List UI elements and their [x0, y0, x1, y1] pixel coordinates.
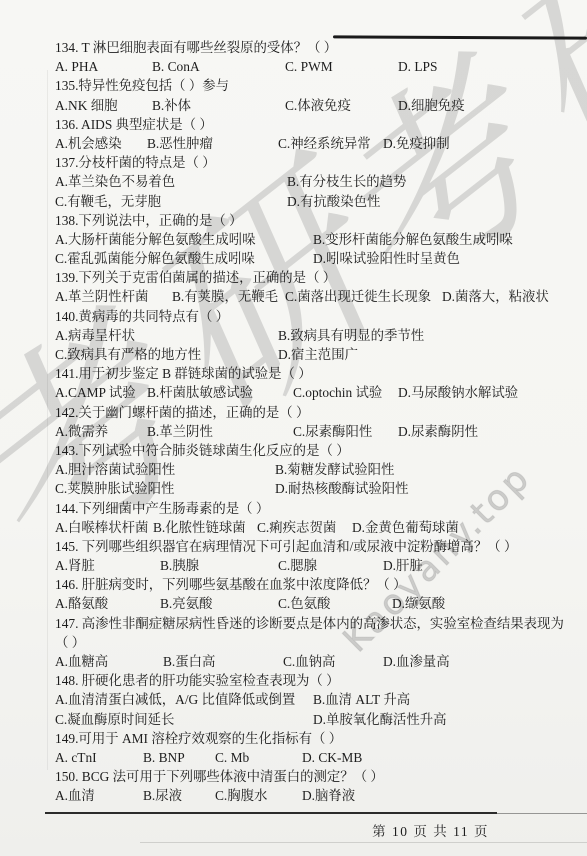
option-label: C.胸腹水 — [215, 786, 267, 805]
option-label: B.革兰阴性 — [147, 422, 213, 441]
footer-divider — [45, 812, 497, 814]
option-label: C. PWM — [285, 57, 333, 76]
option-label: A.机会感染 — [55, 134, 122, 153]
scan-crease-line — [47, 70, 48, 770]
footer-divider-extension — [497, 813, 587, 814]
option-label: B.补体 — [152, 96, 191, 115]
option-label: C.腮腺 — [278, 556, 317, 575]
option-label: D.血渗量高 — [383, 652, 450, 671]
option-label: B.变形杆菌能分解色氨酸生成吲哚 — [313, 230, 513, 249]
option-label: B.恶性肿瘤 — [147, 134, 213, 153]
option-label: C.optochin 试验 — [293, 383, 382, 402]
question-text: 142.关于幽门螺杆菌的描述，正确的是（ ） — [55, 403, 575, 422]
option-line: A.胆汁溶菌试验阳性B.菊糖发酵试验阳性 — [55, 460, 575, 479]
question-text: 135.特异性免疫包括（ ）参与 — [55, 76, 575, 95]
option-label: A.血清 — [55, 786, 95, 805]
option-label: C.色氨酸 — [278, 594, 330, 613]
option-label: A.白喉棒状杆菌 — [55, 518, 148, 537]
scanned-exam-page: 考研 考研 Kaoyany.top 134. T 淋巴细胞表面有哪些丝裂原的受体… — [0, 0, 587, 856]
option-label: D.耐热核酸酶试验阳性 — [275, 479, 409, 498]
option-line: A. PHAB. ConAC. PWMD. LPS — [55, 57, 575, 76]
question-list: 134. T 淋巴细胞表面有哪些丝裂原的受体？（ ）A. PHAB. ConAC… — [55, 38, 575, 806]
option-label: D.有抗酸染色性 — [287, 192, 380, 211]
option-label: D.肝脏 — [383, 556, 423, 575]
option-label: A.革兰阴性杆菌 — [55, 287, 148, 306]
option-label: B.有荚膜，无鞭毛 — [172, 287, 278, 306]
question-text: 150. BCG 法可用于下列哪些体液中清蛋白的测定？（ ） — [55, 767, 575, 786]
question-text: 148. 肝硬化患者的肝功能实验室检查表现为（ ） — [55, 671, 575, 690]
option-label: A.胆汁溶菌试验阳性 — [55, 460, 175, 479]
option-line: C.荚膜肿胀试验阳性D.耐热核酸酶试验阳性 — [55, 479, 575, 498]
question-text: 149.可用于 AMI 溶栓疗效观察的生化指标有（ ） — [55, 729, 575, 748]
option-label: D.缬氨酸 — [392, 594, 445, 613]
option-label: A.血清清蛋白减低，A/G 比值降低或倒置 — [55, 690, 295, 709]
option-line: C.有鞭毛，无芽胞D.有抗酸染色性 — [55, 192, 575, 211]
question-text: 137.分枝杆菌的特点是（ ） — [55, 153, 575, 172]
option-line: A.革兰染色不易着色B.有分枝生长的趋势 — [55, 172, 575, 191]
option-label: A.酪氨酸 — [55, 594, 108, 613]
option-label: B.杆菌肽敏感试验 — [147, 383, 253, 402]
question-text: 145. 下列哪些组织器官在病理情况下可引起血清和/或尿液中淀粉酶增高？（ ） — [55, 537, 575, 556]
option-label: B.胰腺 — [160, 556, 199, 575]
option-label: D.尿素酶阴性 — [398, 422, 478, 441]
page-number: 第 10 页 共 11 页 — [372, 820, 489, 840]
option-line: A. cTnIB. BNPC. MbD. CK-MB — [55, 748, 575, 767]
option-label: D.脑脊液 — [302, 786, 355, 805]
question-text: 143.下列试验中符合肺炎链球菌生化反应的是（ ） — [55, 441, 575, 460]
option-label: A.NK 细胞 — [55, 96, 118, 115]
option-label: A.革兰染色不易着色 — [55, 172, 175, 191]
option-label: A.大肠杆菌能分解色氨酸生成吲哚 — [55, 230, 256, 249]
question-text: 134. T 淋巴细胞表面有哪些丝裂原的受体？（ ） — [55, 38, 575, 57]
option-label: D.宿主范围广 — [278, 345, 358, 364]
option-label: B.尿液 — [143, 786, 182, 805]
option-line: C.凝血酶原时间延长D.单胺氧化酶活性升高 — [55, 710, 575, 729]
option-label: B.血清 ALT 升高 — [313, 690, 410, 709]
option-line: A.白喉棒状杆菌B.化脓性链球菌C.痢疾志贺菌D.金黄色葡萄球菌 — [55, 518, 575, 537]
option-label: A.血糖高 — [55, 652, 108, 671]
option-label: C.血钠高 — [283, 652, 335, 671]
option-line: A.微需养B.革兰阴性C.尿素酶阳性D.尿素酶阴性 — [55, 422, 575, 441]
option-label: B.亮氨酸 — [160, 594, 212, 613]
option-label: D.吲哚试验阳性时呈黄色 — [313, 249, 460, 268]
option-label: C.有鞭毛，无芽胞 — [55, 192, 161, 211]
option-label: C.体液免疫 — [285, 96, 351, 115]
question-text: 141.用于初步鉴定 B 群链球菌的试验是（ ） — [55, 364, 575, 383]
option-line: A.血清B.尿液C.胸腹水D.脑脊液 — [55, 786, 575, 805]
question-text: 136. AIDS 典型症状是（ ） — [55, 115, 575, 134]
question-text: 140.黄病毒的共同特点有（ ） — [55, 307, 575, 326]
option-label: B. ConA — [152, 57, 200, 76]
option-label: B.蛋白高 — [163, 652, 215, 671]
option-line: C.致病具有严格的地方性D.宿主范围广 — [55, 345, 575, 364]
option-label: C. Mb — [215, 748, 249, 767]
option-label: A. PHA — [55, 57, 98, 76]
option-label: C.凝血酶原时间延长 — [55, 710, 174, 729]
scan-artifact-bottom-line — [140, 842, 587, 843]
option-label: C.痢疾志贺菌 — [257, 518, 336, 537]
option-label: D.菌落大，粘液状 — [442, 287, 549, 306]
option-label: D.马尿酸钠水解试验 — [398, 383, 518, 402]
option-line: A.CAMP 试验B.杆菌肽敏感试验C.optochin 试验D.马尿酸钠水解试… — [55, 383, 575, 402]
option-label: B.菊糖发酵试验阳性 — [275, 460, 394, 479]
option-label: C.霍乱弧菌能分解色氨酸生成吲哚 — [55, 249, 255, 268]
option-label: C.菌落出现迁徙生长现象 — [285, 287, 431, 306]
option-label: D.单胺氧化酶活性升高 — [313, 710, 447, 729]
option-label: A.肾脏 — [55, 556, 95, 575]
option-label: B. BNP — [143, 748, 185, 767]
option-line: C.霍乱弧菌能分解色氨酸生成吲哚D.吲哚试验阳性时呈黄色 — [55, 249, 575, 268]
question-text: 138.下列说法中，正确的是（ ） — [55, 211, 575, 230]
option-line: A.肾脏B.胰腺C.腮腺D.肝脏 — [55, 556, 575, 575]
option-label: D. CK-MB — [302, 748, 362, 767]
question-text: 147. 高渗性非酮症糖尿病性昏迷的诊断要点是体内的高渗状态，实验室检查结果表现… — [55, 614, 575, 633]
option-label: B.化脓性链球菌 — [153, 518, 246, 537]
question-text: （ ） — [55, 633, 575, 652]
option-label: A.病毒呈杆状 — [55, 326, 135, 345]
question-text: 144.下列细菌中产生肠毒素的是（ ） — [55, 499, 575, 518]
option-label: D.免疫抑制 — [383, 134, 450, 153]
option-line: A.革兰阴性杆菌B.有荚膜，无鞭毛C.菌落出现迁徙生长现象D.菌落大，粘液状 — [55, 287, 575, 306]
option-label: A.CAMP 试验 — [55, 383, 136, 402]
option-line: A.病毒呈杆状B.致病具有明显的季节性 — [55, 326, 575, 345]
option-line: A.血糖高B.蛋白高C.血钠高D.血渗量高 — [55, 652, 575, 671]
option-label: C.尿素酶阳性 — [293, 422, 372, 441]
question-text: 139.下列关于克雷伯菌属的描述，正确的是（ ） — [55, 268, 575, 287]
option-label: D.金黄色葡萄球菌 — [352, 518, 459, 537]
option-label: A.微需养 — [55, 422, 108, 441]
option-label: B.有分枝生长的趋势 — [287, 172, 406, 191]
option-label: A. cTnI — [55, 748, 97, 767]
option-line: A.大肠杆菌能分解色氨酸生成吲哚B.变形杆菌能分解色氨酸生成吲哚 — [55, 230, 575, 249]
question-text: 146. 肝脏病变时，下列哪些氨基酸在血浆中浓度降低？（ ） — [55, 575, 575, 594]
option-label: C.荚膜肿胀试验阳性 — [55, 479, 174, 498]
option-label: D.细胞免疫 — [398, 96, 465, 115]
option-label: C.神经系统异常 — [278, 134, 371, 153]
option-label: B.致病具有明显的季节性 — [278, 326, 424, 345]
option-line: A.NK 细胞B.补体C.体液免疫D.细胞免疫 — [55, 96, 575, 115]
option-line: A.血清清蛋白减低，A/G 比值降低或倒置B.血清 ALT 升高 — [55, 690, 575, 709]
option-line: A.酪氨酸B.亮氨酸C.色氨酸D.缬氨酸 — [55, 594, 575, 613]
option-line: A.机会感染B.恶性肿瘤C.神经系统异常D.免疫抑制 — [55, 134, 575, 153]
option-label: D. LPS — [398, 57, 437, 76]
option-label: C.致病具有严格的地方性 — [55, 345, 201, 364]
